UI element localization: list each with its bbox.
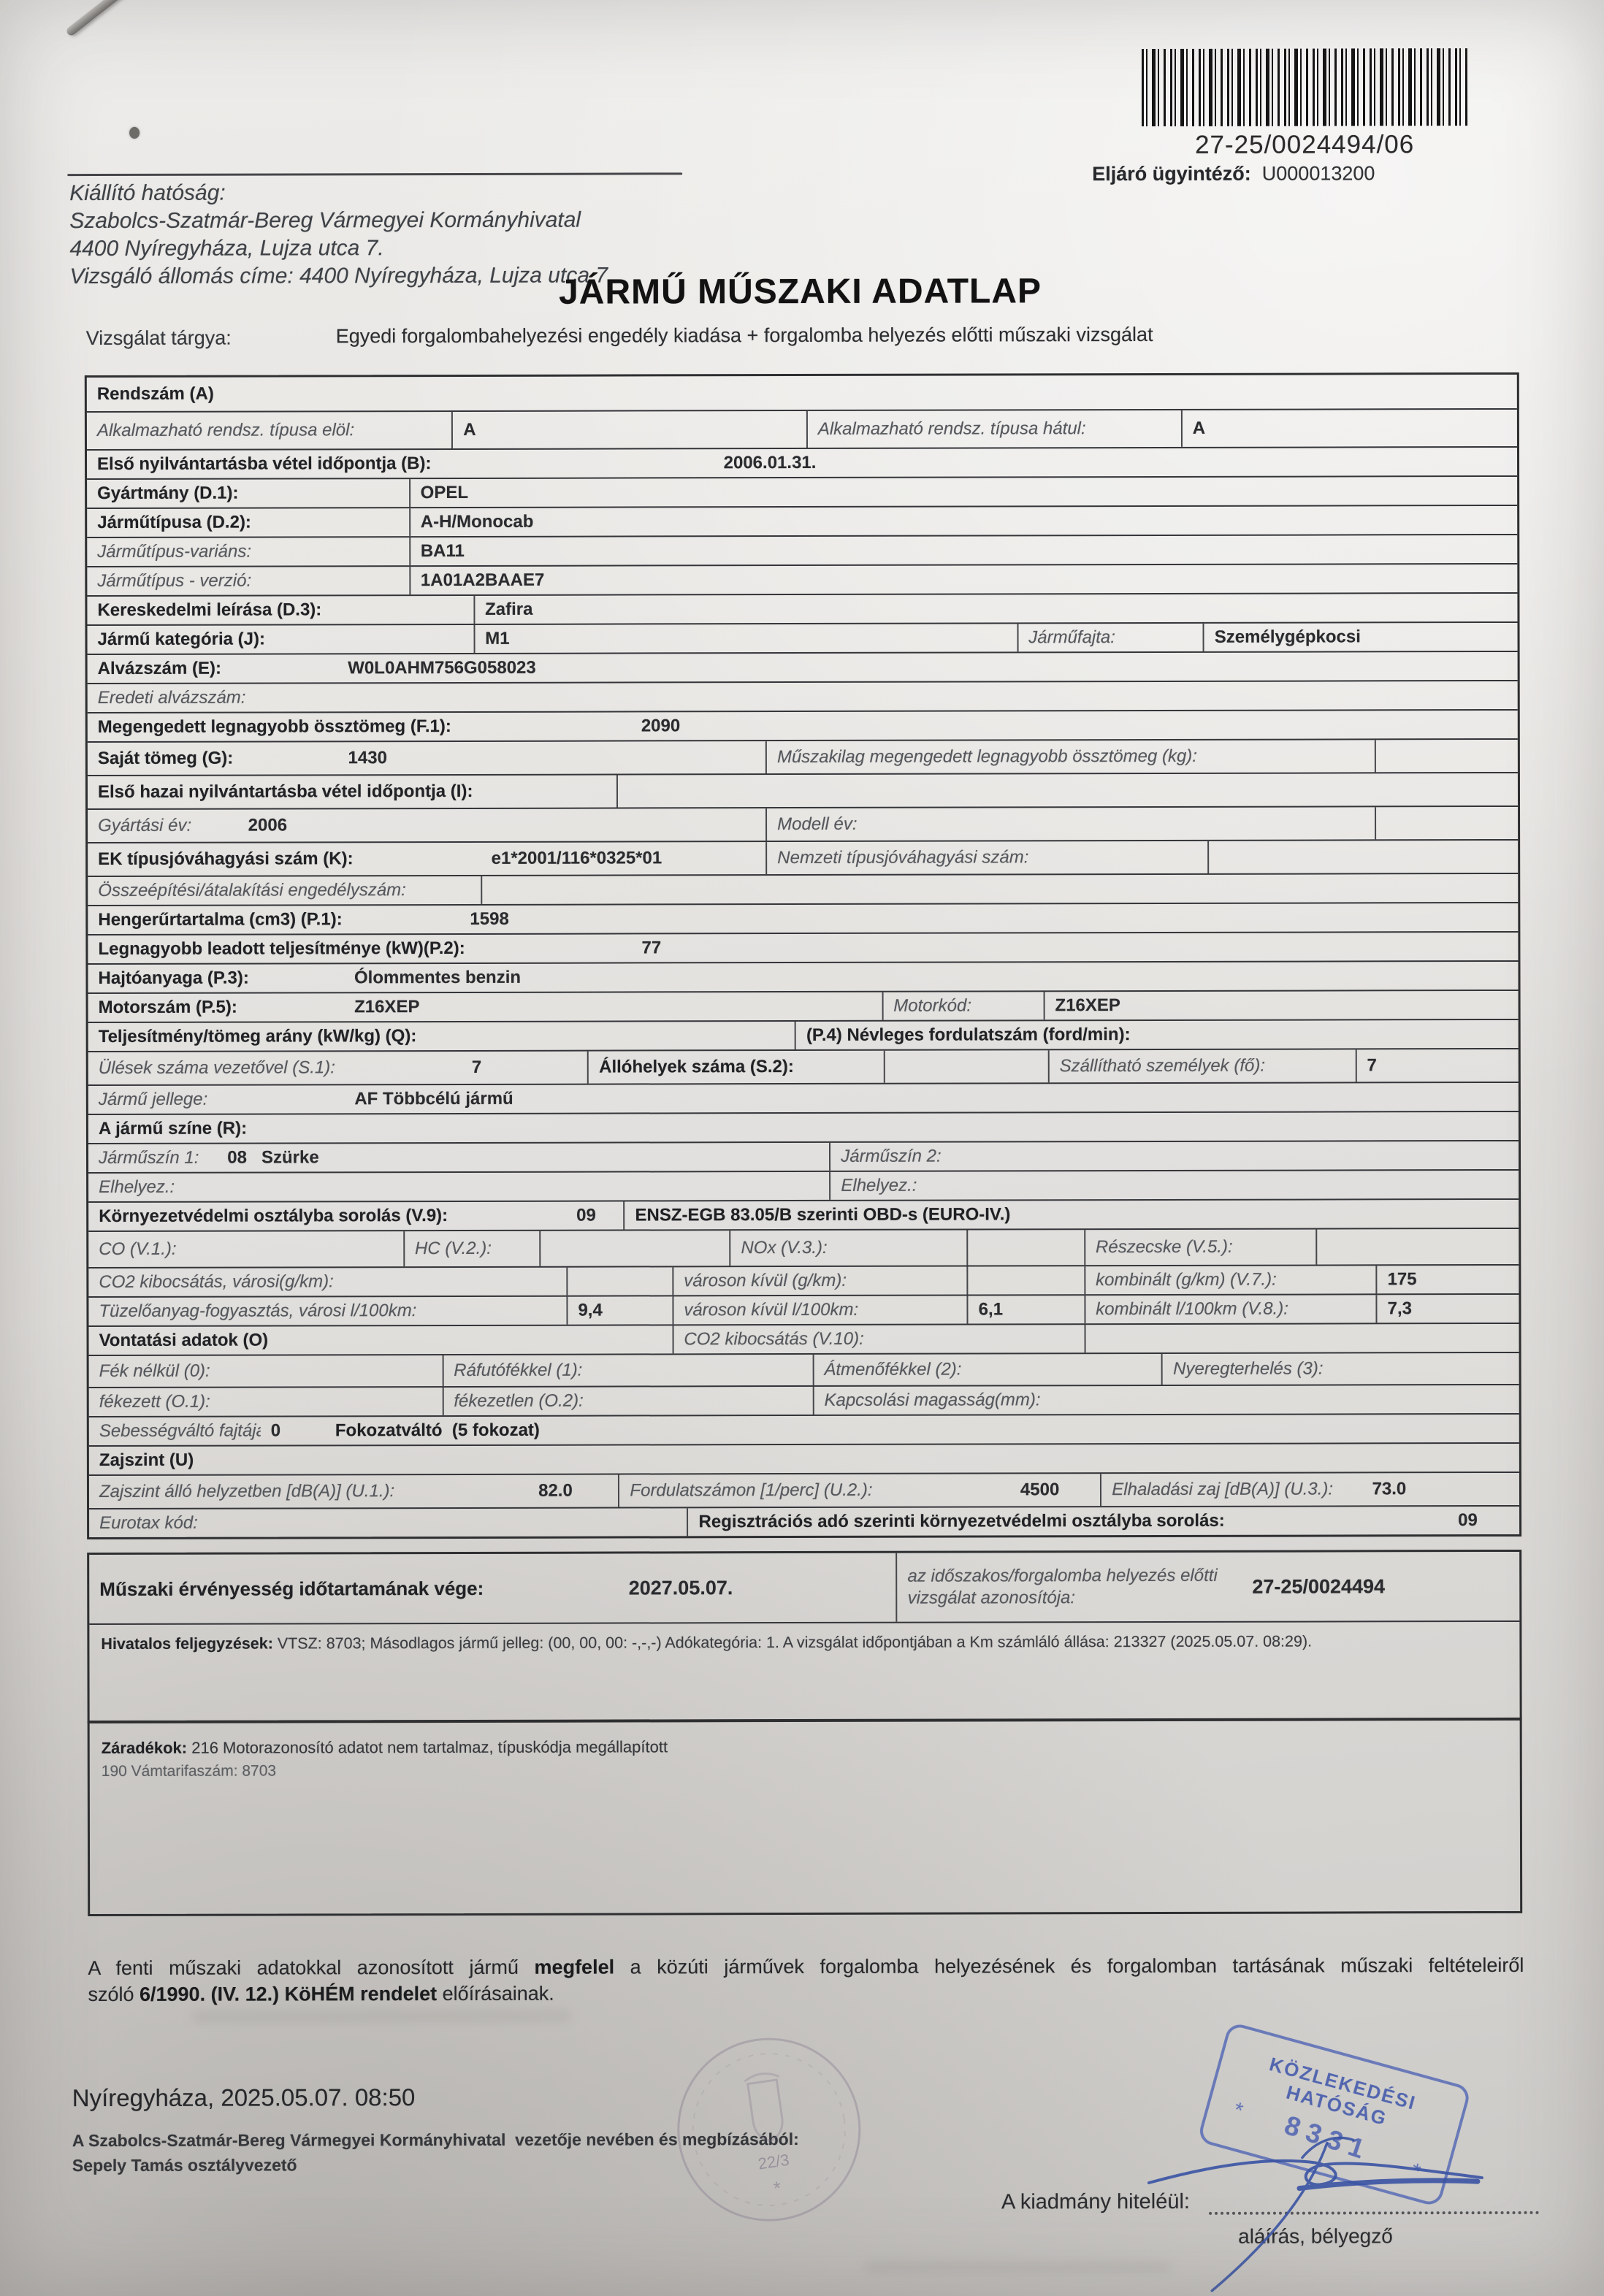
table-row: Járműtípus - verzió:1A01A2BAAE7	[87, 563, 1517, 595]
compliance-paragraph: A fenti műszaki adatokkal azonosított já…	[88, 1952, 1524, 2008]
table-row: Elhelyez.:Elhelyez.:	[88, 1169, 1519, 1201]
field-label: CO2 kibocsátás (V.10):	[672, 1325, 1084, 1353]
table-row: Első hazai nyilvántartásba vétel időpont…	[88, 772, 1518, 808]
field-label: fékezetlen (O.2):	[442, 1387, 812, 1415]
field-label: Zajszint (U)	[89, 1444, 1519, 1474]
field-value: 73.0	[1362, 1473, 1519, 1505]
field-value: 2006.01.31.	[714, 448, 1517, 477]
clauses-text: 216 Motorazonosító adatot nem tartalmaz,…	[187, 1737, 668, 1756]
table-row: Sebességváltó fajtája:0Fokozatváltó (5 f…	[89, 1413, 1519, 1445]
field-label: Tüzelőanyag-fogyasztás, városi l/100km:	[88, 1297, 566, 1325]
table-row: Ülések száma vezetővel (S.1):7Állóhelyek…	[88, 1048, 1519, 1084]
issuer-address: 4400 Nyíregyháza, Lujza utca 7.	[69, 236, 383, 261]
field-label: Első hazai nyilvántartásba vétel időpont…	[88, 776, 617, 809]
field-value	[481, 874, 1519, 904]
field-label: Megengedett legnagyobb össztömeg (F.1):	[88, 712, 631, 741]
scan-smudge	[191, 2010, 571, 2023]
field-value: 09	[1448, 1507, 1519, 1534]
table-row: Rendszám (A)	[87, 375, 1517, 411]
clerk-line: Eljáró ügyintéző: U000013200	[1092, 162, 1375, 185]
field-label: városon kívül l/100km:	[672, 1296, 966, 1325]
field-value: 1430	[337, 741, 765, 774]
field-label: Nyeregterhelés (3):	[1161, 1353, 1519, 1385]
field-value: 0	[261, 1417, 325, 1444]
field-value: 6,1	[967, 1296, 1085, 1323]
table-row: CO (V.1.):HC (V.2.):NOx (V.3.):Részecske…	[88, 1228, 1519, 1267]
field-label: Hengerűrtartalma (cm3) (P.1):	[88, 906, 459, 934]
compliance-text: a közúti járművek forgalomba helyezéséne…	[614, 1954, 1524, 1978]
field-label: fékezett (O.1):	[89, 1388, 443, 1416]
field-label: Járműfajta:	[1017, 624, 1203, 652]
field-value	[1375, 740, 1518, 772]
clauses-label: Záradékok:	[102, 1739, 187, 1757]
compliance-bold-decree: 6/1990. (IV. 12.) KöHÉM rendelet	[140, 1983, 437, 2005]
field-value: 7,3	[1376, 1295, 1519, 1323]
field-label: Gyártási év:	[88, 810, 238, 842]
table-row: Alvázszám (E):W0L0AHM756G058023	[88, 651, 1518, 683]
field-label: Szállítható személyek (fő):	[1048, 1049, 1356, 1082]
field-label: Jármű kategória (J):	[88, 625, 474, 654]
field-label: Első nyilvántartásba vétel időpontja (B)…	[87, 449, 714, 478]
field-label: Ráfutófékkel (1):	[442, 1355, 812, 1386]
field-label: Alkalmazható rendsz. típusa hátul:	[806, 410, 1181, 448]
field-label: NOx (V.3.):	[729, 1231, 966, 1266]
validity-box: Műszaki érvényesség időtartamának vége: …	[87, 1550, 1521, 1723]
field-label: Műszakilag megengedett legnagyobb össztö…	[765, 740, 1375, 773]
field-label: Kapcsolási magasság(mm):	[812, 1385, 1519, 1415]
place-date: Nyíregyháza, 2025.05.07. 08:50	[72, 2083, 416, 2112]
field-value: 7	[462, 1052, 587, 1084]
staple-hole	[129, 127, 140, 139]
official-notes: Hivatalos feljegyzések: VTSZ: 8703; Máso…	[89, 1622, 1519, 1721]
field-label: Járműtípus-variáns:	[87, 537, 409, 566]
field-value	[966, 1230, 1084, 1265]
clauses-box: Záradékok: 216 Motorazonosító adatot nem…	[88, 1718, 1523, 1916]
field-value	[967, 1266, 1085, 1294]
table-row: Járműszín 1:08 SzürkeJárműszín 2:	[88, 1140, 1519, 1172]
table-row: Saját tömeg (G):1430Műszakilag megengede…	[88, 738, 1518, 775]
field-label: kombinált (g/km) (V.7.):	[1084, 1266, 1376, 1294]
field-label: Fordulatszámon [1/perc] (U.2.):	[618, 1474, 1010, 1507]
validity-value: 2027.05.07.	[629, 1577, 733, 1599]
field-label: Kereskedelmi leírása (D.3):	[87, 596, 473, 624]
field-label: Járműtípusa (D.2):	[87, 508, 409, 537]
compliance-bold-megfelel: megfelel	[535, 1956, 615, 1978]
field-value: 2027.05.07.	[619, 1553, 896, 1623]
field-value: W0L0AHM756G058023	[337, 652, 1517, 682]
table-row: Eurotax kód:Regisztrációs adó szerinti k…	[89, 1505, 1519, 1537]
header-rule	[67, 172, 682, 176]
field-value: 1A01A2BAAE7	[409, 565, 1518, 594]
round-seal: 22/3 *	[663, 2024, 875, 2235]
field-label: Gyártmány (D.1):	[87, 479, 409, 508]
field-label: Műszaki érvényesség időtartamának vége:	[89, 1554, 619, 1624]
table-row: Jármű jellege:AF Többcélú jármű	[88, 1082, 1519, 1114]
field-label: Legnagyobb leadott teljesítménye (kW)(P.…	[88, 934, 631, 963]
field-label: Saját tömeg (G):	[88, 742, 338, 775]
document: 27-25/0024494/06 Eljáró ügyintéző: U0000…	[0, 0, 1604, 2296]
field-label: Regisztrációs adó szerinti környezetvéde…	[687, 1507, 1448, 1536]
field-value	[883, 1050, 1047, 1082]
field-value: 08 Szürke	[217, 1143, 829, 1172]
table-row: Motorszám (P.5):Z16XEPMotorkód:Z16XEP	[88, 990, 1519, 1022]
validity-label: Műszaki érvényesség időtartamának vége:	[99, 1577, 484, 1600]
compliance-text: előírásainak.	[437, 1983, 554, 2005]
table-row: Megengedett legnagyobb össztömeg (F.1):2…	[88, 709, 1518, 741]
field-value: 175	[1376, 1266, 1519, 1293]
field-label: Átmenőfékkel (2):	[812, 1354, 1161, 1385]
clauses-line1: Záradékok: 216 Motorazonosító adatot nem…	[102, 1736, 1505, 1758]
table-row: A jármű színe (R):	[88, 1111, 1519, 1143]
field-value: 09	[566, 1202, 623, 1230]
field-value: ENSZ-EGB 83.05/B szerinti OBD-s (EURO-IV…	[623, 1200, 1519, 1230]
table-row: Első nyilvántartásba vétel időpontja (B)…	[87, 446, 1517, 478]
validity-row: Műszaki érvényesség időtartamának vége: …	[89, 1552, 1519, 1625]
clerk-label: Eljáró ügyintéző:	[1092, 163, 1251, 185]
field-label: Motorszám (P.5):	[88, 993, 345, 1022]
table-row: Tüzelőanyag-fogyasztás, városi l/100km:9…	[88, 1293, 1519, 1325]
field-label: kombinált l/100km (V.8.):	[1084, 1295, 1376, 1323]
table-row: Járműtípusa (D.2):A-H/Monocab	[87, 505, 1517, 537]
field-value: BA11	[409, 535, 1518, 565]
table-row: Gyártmány (D.1):OPEL	[87, 475, 1517, 508]
field-label: HC (V.2.):	[403, 1231, 539, 1266]
field-label: CO2 kibocsátás, városi(g/km):	[88, 1268, 566, 1296]
field-value: Ólommentes benzin	[344, 962, 1519, 992]
field-value: 4500	[1010, 1474, 1100, 1506]
field-label: Járműtípus - verzió:	[87, 567, 409, 595]
field-label: Fék nélkül (0):	[89, 1355, 443, 1387]
subject-label: Vizsgálat tárgya:	[86, 327, 232, 350]
field-label: Részecske (V.5.):	[1084, 1230, 1315, 1266]
field-label: Állóhelyek száma (S.2):	[587, 1051, 883, 1084]
field-label: Jármű jellege:	[88, 1085, 345, 1114]
field-value	[1315, 1229, 1519, 1265]
field-value: OPEL	[409, 477, 1518, 507]
field-value: Személygépkocsi	[1203, 623, 1518, 651]
table-row: Hengerűrtartalma (cm3) (P.1):1598	[88, 902, 1518, 934]
field-label: Eredeti alvázszám:	[88, 681, 1518, 712]
field-label: Környezetvédelmi osztályba sorolás (V.9)…	[88, 1202, 566, 1231]
clerk-value: U000013200	[1262, 162, 1375, 184]
subject-value: Egyedi forgalombahelyezési engedély kiad…	[336, 323, 1373, 348]
field-value	[1115, 1141, 1519, 1170]
field-label: Hajtóanyaga (P.3):	[88, 964, 344, 992]
field-label: városon kívül (g/km):	[672, 1267, 966, 1296]
field-label: Teljesítmény/tömeg arány (kW/kg) (Q):	[88, 1022, 795, 1051]
table-row: fékezett (O.1):fékezetlen (O.2):Kapcsolá…	[89, 1384, 1519, 1416]
field-value: 27-25/0024494	[1242, 1552, 1519, 1621]
inspection-id-label: az időszakos/forgalomba helyezés előtti …	[907, 1565, 1234, 1610]
field-label: (P.4) Névleges fordulatszám (ford/min):	[795, 1020, 1519, 1049]
staple-mark	[65, 0, 200, 37]
field-label: EK típusjóváhagyási szám (K):	[88, 843, 481, 876]
table-row: Alkalmazható rendsz. típusa elöl:AAlkalm…	[87, 408, 1517, 449]
signature	[1082, 2071, 1550, 2296]
field-label: Modell év:	[765, 807, 1375, 841]
table-row: Vontatási adatok (O)CO2 kibocsátás (V.10…	[89, 1323, 1519, 1355]
table-row: Zajszint (U)	[89, 1442, 1519, 1474]
field-label: Alvázszám (E):	[88, 654, 338, 683]
field-label: Járműszín 1:	[88, 1144, 217, 1172]
field-value: 1598	[459, 903, 1518, 933]
signer-name: Sepely Tamás osztályvezető	[72, 2155, 297, 2176]
table-row: CO2 kibocsátás, városi(g/km):városon kív…	[88, 1264, 1519, 1296]
table-row: Eredeti alvázszám:	[88, 680, 1518, 712]
field-value: 7	[1355, 1049, 1518, 1082]
table-row: Zajszint álló helyzetben [dB(A)] (U.1.):…	[89, 1472, 1519, 1508]
field-value: 2090	[631, 711, 1518, 741]
field-label: CO (V.1.):	[88, 1231, 403, 1267]
table-row: Fék nélkül (0):Ráfutófékkel (1):Átmenőfé…	[89, 1352, 1519, 1387]
field-label: Járműszín 2:	[829, 1142, 1115, 1171]
field-label: Alkalmazható rendsz. típusa elöl:	[87, 412, 451, 449]
field-value: A-H/Monocab	[409, 506, 1518, 536]
table-row: Hajtóanyaga (P.3):Ólommentes benzin	[88, 960, 1518, 992]
field-label: Ülések száma vezetővel (S.1):	[88, 1052, 462, 1084]
field-value: A	[451, 411, 806, 448]
field-label: Vontatási adatok (O)	[89, 1325, 673, 1355]
table-row: Kereskedelmi leírása (D.3):Zafira	[87, 592, 1517, 624]
field-label: Rendszám (A)	[87, 375, 1517, 411]
field-value	[566, 1267, 672, 1295]
field-value	[1375, 807, 1518, 839]
field-label: Elhaladási zaj [dB(A)] (U.3.):	[1100, 1473, 1362, 1506]
field-label: az időszakos/forgalomba helyezés előtti …	[895, 1553, 1242, 1622]
inspection-id-value: 27-25/0024494	[1252, 1575, 1385, 1598]
table-row: Környezetvédelmi osztályba sorolás (V.9)…	[88, 1198, 1519, 1231]
field-value	[539, 1231, 730, 1266]
compliance-text: szóló	[88, 1983, 140, 2005]
field-value: e1*2001/116*0325*01	[481, 842, 766, 875]
field-value: 82.0	[528, 1475, 618, 1507]
field-value: 9,4	[566, 1296, 672, 1324]
issuer-label: Kiállító hatóság:	[69, 181, 226, 206]
table-row: Jármű kategória (J):M1Járműfajta:Személy…	[87, 621, 1517, 654]
field-value: 2006	[238, 808, 766, 842]
table-row: EK típusjóváhagyási szám (K):e1*2001/116…	[88, 839, 1518, 876]
field-value	[1207, 841, 1518, 873]
field-value: AF Többcélú jármű	[344, 1083, 1519, 1113]
field-value	[1084, 1324, 1519, 1352]
table-row: Összeépítési/átalakítási engedélyszám:	[88, 873, 1518, 905]
issuer-name: Szabolcs-Szatmár-Bereg Vármegyei Kormány…	[69, 208, 581, 234]
field-label: Összeépítési/átalakítási engedélyszám:	[88, 876, 481, 905]
official-notes-label: Hivatalos feljegyzések:	[101, 1635, 272, 1653]
field-label: Eurotax kód:	[89, 1508, 687, 1537]
table-row: Járműtípus-variáns:BA11	[87, 534, 1517, 566]
field-label: Elhelyez.:	[829, 1171, 1519, 1200]
seal-star: *	[772, 2177, 782, 2200]
field-label: A jármű színe (R):	[88, 1112, 1519, 1143]
field-label: Nemzeti típusjóváhagyási szám:	[765, 841, 1207, 874]
seal-number: 22/3	[757, 2151, 790, 2173]
main-table: Rendszám (A)Alkalmazható rendsz. típusa …	[85, 372, 1521, 1539]
compliance-text: A fenti műszaki adatokkal azonosított já…	[88, 1956, 534, 1979]
table-row: Legnagyobb leadott teljesítménye (kW)(P.…	[88, 931, 1518, 963]
field-label: Sebességváltó fajtája:	[89, 1417, 261, 1445]
table-row: Teljesítmény/tömeg arány (kW/kg) (Q):(P.…	[88, 1019, 1519, 1051]
field-value: 77	[631, 933, 1518, 963]
page-title: JÁRMŰ MŰSZAKI ADATLAP	[0, 270, 1603, 314]
barcode	[1142, 48, 1467, 126]
official-notes-text: VTSZ: 8703; Másodlagos jármű jelleg: (00…	[273, 1633, 1312, 1653]
clauses-line2: 190 Vámtarifaszám: 8703	[102, 1760, 1505, 1780]
field-value: Fokozatváltó (5 fokozat)	[325, 1415, 1519, 1444]
field-label: Zajszint álló helyzetben [dB(A)] (U.1.):	[89, 1475, 528, 1508]
field-value	[616, 773, 1518, 808]
table-row: Gyártási év:2006Modell év:	[88, 805, 1518, 842]
field-value: Z16XEP	[344, 992, 882, 1022]
field-value: Z16XEP	[1043, 991, 1518, 1019]
field-value: A	[1181, 410, 1517, 447]
field-label: Motorkód:	[882, 992, 1043, 1019]
field-value: M1	[473, 624, 1017, 653]
barcode-number: 27-25/0024494/06	[1142, 130, 1467, 160]
field-value: Zafira	[473, 594, 1517, 624]
field-label: Elhelyez.:	[88, 1172, 829, 1201]
